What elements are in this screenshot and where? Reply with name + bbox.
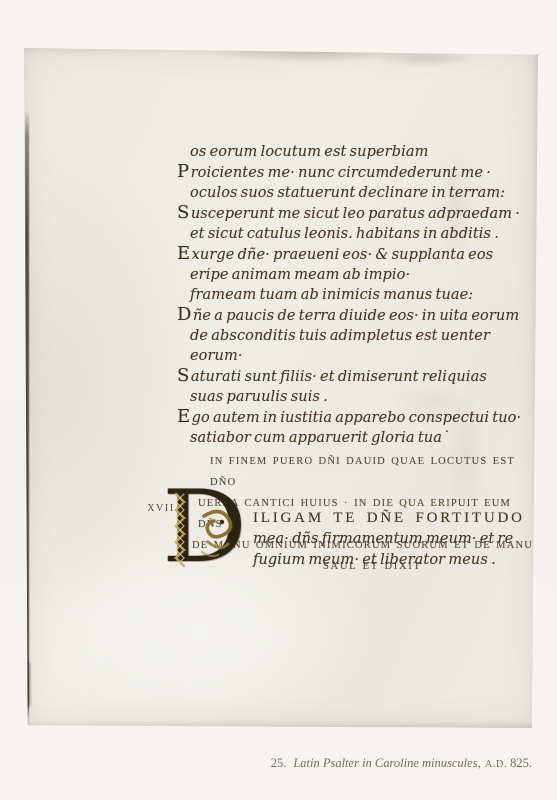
illuminated-initial-D: D — [162, 486, 262, 581]
initial-letter-glyph: D — [162, 486, 262, 569]
manuscript-line: eripe animam meam ab impio· — [177, 265, 537, 285]
page-edge-shadow — [25, 110, 29, 726]
psalm-incipit: ILIGAM TE DÑE FORTITUDO mea· dñs firmame… — [253, 507, 525, 571]
manuscript-line: oculos suos statuerunt declinare in terr… — [177, 183, 537, 203]
incipit-minuscule-line: fugium meum· et liberator meus . — [253, 550, 525, 571]
manuscript-line: et sicut catulus leonis. habitans in abd… — [177, 224, 537, 244]
manuscript-line: Susceperunt me sicut leo paratus adpraed… — [177, 203, 537, 224]
caption-era: A.D. — [485, 759, 507, 770]
manuscript-line: Exurge dñe· praeueni eos· & supplanta eo… — [177, 244, 537, 265]
manuscript-line: frameam tuam ab inimicis manus tuae: — [177, 285, 537, 305]
incipit-minuscule-line: mea· dñs firmamentum meum· et re — [253, 529, 525, 550]
manuscript-line: satiabor cum apparuerit gloria tua˙ — [177, 428, 537, 448]
manuscript-line: os eorum locutum est superbiam — [177, 142, 537, 162]
manuscript-line: de absconditis tuis adimpletus est uente… — [177, 326, 537, 366]
manuscript-line: Ego autem in iustitia apparebo conspectu… — [177, 407, 537, 428]
caption-number: 25. — [271, 756, 287, 770]
book-page: os eorum locutum est superbiam Proicient… — [0, 0, 557, 800]
plate-caption: 25.Latin Psalter in Caroline minuscules,… — [271, 756, 532, 771]
manuscript-photo: os eorum locutum est superbiam Proicient… — [22, 48, 538, 728]
caption-year: 825. — [510, 756, 532, 770]
manuscript-line: Proicientes me· nunc circumdederunt me · — [177, 162, 537, 183]
manuscript-line: Dñe a paucis de terra diuide eos· in uit… — [177, 305, 537, 326]
incipit-capitals-line: ILIGAM TE DÑE FORTITUDO — [253, 507, 525, 529]
manuscript-line: suas paruulis suis . — [177, 387, 537, 407]
manuscript-line: Saturati sunt filiis· et dimiserunt reli… — [177, 366, 537, 387]
caption-title: Latin Psalter in Caroline minuscules, — [293, 756, 480, 770]
